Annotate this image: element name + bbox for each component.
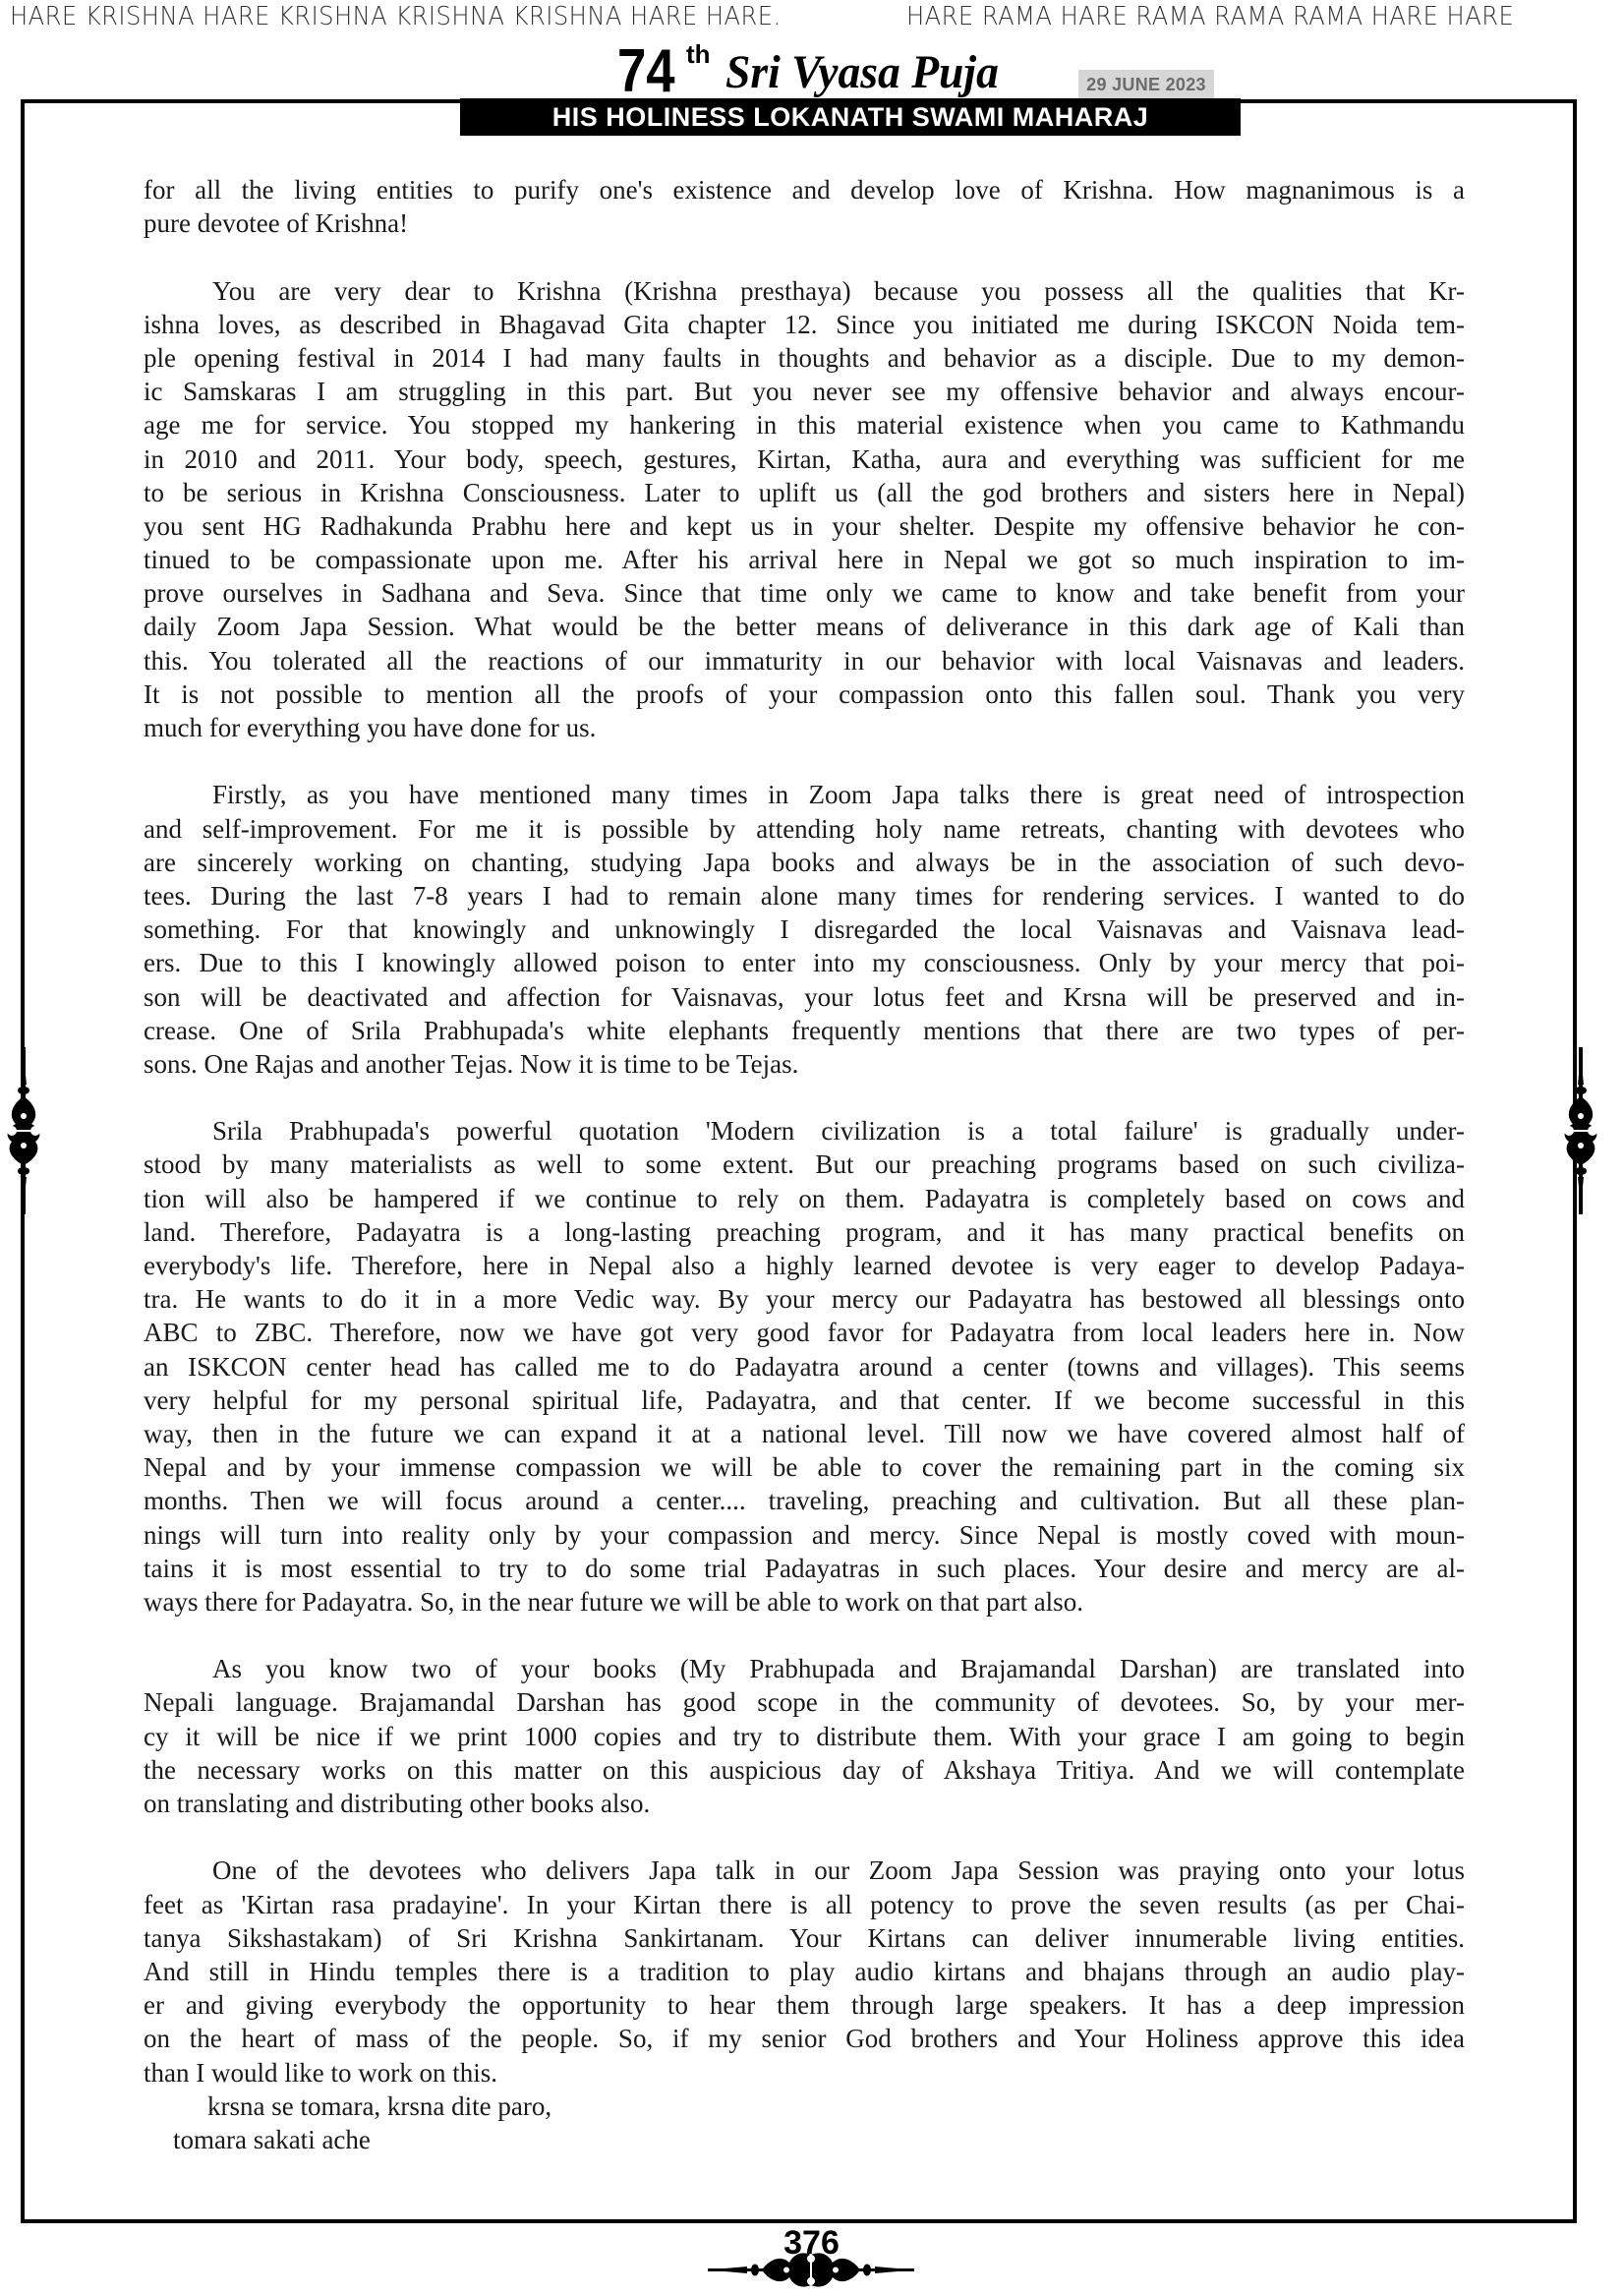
text-line: As you know two of your books (My Prabhu… bbox=[144, 1652, 1465, 1685]
text-line: prove ourselves in Sadhana and Seva. Sin… bbox=[144, 576, 1465, 610]
text-line: sons. One Rajas and another Tejas. Now i… bbox=[144, 1047, 1465, 1081]
text-line: months. Then we will focus around a cent… bbox=[144, 1484, 1465, 1517]
text-line: ers. Due to this I knowingly allowed poi… bbox=[144, 946, 1465, 979]
text-line: much for everything you have done for us… bbox=[144, 711, 1465, 744]
text-line: tion will also be hampered if we continu… bbox=[144, 1182, 1465, 1215]
date-badge: 29 JUNE 2023 bbox=[1078, 70, 1214, 99]
text-line: Firstly, as you have mentioned many time… bbox=[144, 778, 1465, 811]
mantra-right: HARE RAMA HARE RAMA RAMA RAMA HARE HARE bbox=[906, 2, 1514, 31]
paragraph-3: Firstly, as you have mentioned many time… bbox=[144, 778, 1465, 1081]
text-line: crease. One of Srila Prabhupada's white … bbox=[144, 1014, 1465, 1047]
paragraph-1: for all the living entities to purify on… bbox=[144, 173, 1465, 240]
floral-ornament-icon bbox=[1559, 1047, 1602, 1214]
floral-ornament-icon bbox=[2, 1047, 45, 1214]
paragraph-5: As you know two of your books (My Prabhu… bbox=[144, 1652, 1465, 1820]
text-line: One of the devotees who delivers Japa ta… bbox=[144, 1854, 1465, 1887]
verse-line: tomara sakati ache bbox=[144, 2123, 1465, 2156]
verse-line: krsna se tomara, krsna dite paro, bbox=[144, 2090, 1465, 2123]
text-line: ple opening festival in 2014 I had many … bbox=[144, 341, 1465, 375]
text-line: the necessary works on this matter on th… bbox=[144, 1753, 1465, 1787]
text-line: everybody's life. Therefore, here in Nep… bbox=[144, 1249, 1465, 1282]
letter-body: for all the living entities to purify on… bbox=[144, 173, 1465, 2156]
floral-ornament-icon bbox=[708, 2249, 914, 2296]
text-line: ABC to ZBC. Therefore, now we have got v… bbox=[144, 1316, 1465, 1349]
text-line: on translating and distributing other bo… bbox=[144, 1787, 1465, 1820]
text-line: er and giving everybody the opportunity … bbox=[144, 1988, 1465, 2022]
text-line: tains it is most essential to try to do … bbox=[144, 1552, 1465, 1585]
title-text: Sri Vyasa Puja bbox=[725, 47, 999, 98]
text-line: age me for service. You stopped my hanke… bbox=[144, 408, 1465, 442]
text-line: Srila Prabhupada's powerful quotation 'M… bbox=[144, 1114, 1465, 1148]
text-line: on the heart of mass of the people. So, … bbox=[144, 2022, 1465, 2055]
text-line: ishna loves, as described in Bhagavad Gi… bbox=[144, 308, 1465, 341]
text-line: Nepali language. Brajamandal Darshan has… bbox=[144, 1685, 1465, 1719]
paragraph-6: One of the devotees who delivers Japa ta… bbox=[144, 1854, 1465, 2089]
text-line: something. For that knowingly and unknow… bbox=[144, 913, 1465, 946]
text-line: cy it will be nice if we print 1000 copi… bbox=[144, 1720, 1465, 1753]
text-line: an ISKCON center head has called me to d… bbox=[144, 1350, 1465, 1383]
text-line: And still in Hindu temples there is a tr… bbox=[144, 1955, 1465, 1988]
mantra-header: HARE KRISHNA HARE KRISHNA KRISHNA KRISHN… bbox=[0, 0, 1623, 33]
text-line: for all the living entities to purify on… bbox=[144, 173, 1465, 206]
text-line: tanya Sikshastakam) of Sri Krishna Sanki… bbox=[144, 1921, 1465, 1955]
text-line: tees. During the last 7-8 years I had to… bbox=[144, 879, 1465, 913]
text-line: way, then in the future we can expand it… bbox=[144, 1417, 1465, 1450]
title-superscript: th bbox=[686, 39, 711, 70]
text-line: It is not possible to mention all the pr… bbox=[144, 677, 1465, 711]
text-line: feet as 'Kirtan rasa pradayine'. In your… bbox=[144, 1888, 1465, 1921]
text-line: tra. He wants to do it in a more Vedic w… bbox=[144, 1282, 1465, 1316]
paragraph-2: You are very dear to Krishna (Krishna pr… bbox=[144, 274, 1465, 745]
text-line: and self-improvement. For me it is possi… bbox=[144, 812, 1465, 846]
text-line: this. You tolerated all the reactions of… bbox=[144, 644, 1465, 677]
text-line: ways there for Padayatra. So, in the nea… bbox=[144, 1585, 1465, 1619]
text-line: tinued to be compassionate upon me. Afte… bbox=[144, 543, 1465, 576]
text-line: ic Samskaras I am struggling in this par… bbox=[144, 375, 1465, 408]
text-line: are sincerely working on chanting, study… bbox=[144, 846, 1465, 879]
text-line: very helpful for my personal spiritual l… bbox=[144, 1383, 1465, 1417]
text-line: stood by many materialists as well to so… bbox=[144, 1148, 1465, 1181]
text-line: daily Zoom Japa Session. What would be t… bbox=[144, 610, 1465, 643]
text-line: son will be deactivated and affection fo… bbox=[144, 980, 1465, 1014]
text-line: Nepal and by your immense compassion we … bbox=[144, 1450, 1465, 1484]
name-banner: HIS HOLINESS LOKANATH SWAMI MAHARAJ bbox=[460, 98, 1241, 136]
text-line: to be serious in Krishna Consciousness. … bbox=[144, 476, 1465, 509]
title-number: 74 bbox=[617, 41, 675, 102]
text-line: in 2010 and 2011. Your body, speech, ges… bbox=[144, 442, 1465, 476]
verse-quote: krsna se tomara, krsna dite paro, tomara… bbox=[144, 2090, 1465, 2156]
paragraph-4: Srila Prabhupada's powerful quotation 'M… bbox=[144, 1114, 1465, 1619]
text-line: you sent HG Radhakunda Prabhu here and k… bbox=[144, 509, 1465, 543]
text-line: land. Therefore, Padayatra is a long-las… bbox=[144, 1215, 1465, 1249]
text-line: You are very dear to Krishna (Krishna pr… bbox=[144, 274, 1465, 308]
text-line: nings will turn into reality only by you… bbox=[144, 1518, 1465, 1552]
mantra-left: HARE KRISHNA HARE KRISHNA KRISHNA KRISHN… bbox=[10, 2, 782, 31]
text-line: pure devotee of Krishna! bbox=[144, 206, 1465, 240]
text-line: than I would like to work on this. bbox=[144, 2056, 1465, 2090]
